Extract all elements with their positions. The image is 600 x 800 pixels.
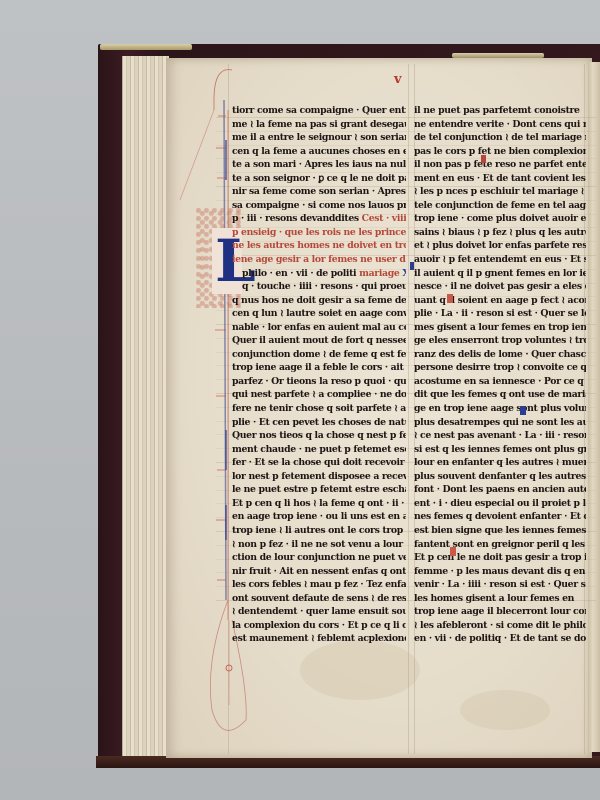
- text-line: est bien signe que les iennes femes q en: [414, 524, 586, 538]
- text-line: trop iene · come plus doivet auoir enfas: [414, 212, 586, 226]
- text-line: plie · Et cen pevet les choses de nature: [232, 416, 406, 430]
- text-line: plie · La · ii · reson si est · Quer se …: [414, 307, 586, 321]
- text-line: ≀ les p nces p eschiuir tel mariage ≀: [414, 185, 586, 199]
- text-line: plus desatrempes qui ne sont les autr: [414, 416, 586, 430]
- text-line: ont souvent defaute de sens ≀ de reson: [232, 592, 406, 606]
- text-line: la complexion du cors · Et p ce q li cor…: [232, 619, 406, 633]
- rubric-line: p ensieig · que les rois ne les princes: [232, 226, 406, 240]
- text-line: venir · La · iiii · reson si est · Quer …: [414, 578, 586, 592]
- text-line: sains ≀ biaus ≀ p fez ≀ plus q les autre…: [414, 226, 586, 240]
- text-line: ≀ les afebleront · si come dit le philo: [414, 619, 586, 633]
- text-line: est maunement ≀ feblemt acplexione ·: [232, 632, 406, 646]
- text-line: les homes gisent a lour femes en: [414, 592, 586, 606]
- text-line: te a son mari · Apres les iaus na nul eg…: [232, 158, 406, 172]
- text-line: fantent sont en greignor peril q les aut…: [414, 538, 586, 552]
- text-line: il ne puet pas parfetemt conoistre: [414, 104, 586, 118]
- text-line: ment en eus · Et de tant covient les roi…: [414, 172, 586, 186]
- text-line: parfez · Or tieons la reso p quoi · quer…: [232, 375, 406, 389]
- text-line: nesce · il ne doivet pas gesir a eles de: [414, 280, 586, 294]
- text-line: trop iene ≀ li autres ont le cors trop f…: [232, 524, 406, 538]
- text-line: femme · p les maus devant dis q en p eut…: [414, 565, 586, 579]
- text-line: en · vii · de politiq · Et de tant se do…: [414, 632, 586, 646]
- text-line: tiorr come sa compaigne · Quer entre lo: [232, 104, 406, 118]
- text-line-with-rubric: p · iii · resons devanddites Cest · viii…: [232, 212, 406, 226]
- text-line: de tel conjunction ≀ de tel mariage non: [414, 131, 586, 145]
- text-line: qui nest parfete ≀ a compliee · ne doit …: [232, 388, 406, 402]
- text-segment: philo · en · vii · de politi: [242, 268, 356, 279]
- text-line: Et p cen q li hos ≀ la feme q ont · ii ·…: [232, 497, 406, 511]
- text-line: font · Dont les paens en ancien aute: [414, 483, 586, 497]
- text-line: te a son seignor · ꝑ ce q le ne doit pas…: [232, 172, 406, 186]
- paragraph-mark-blue: [410, 262, 414, 270]
- paragraph-mark-red: [481, 155, 486, 163]
- text-line: nable · lor enfas en auient mal au cors …: [232, 321, 406, 335]
- text-line: persone desirre trop ≀ convoite ce q ele…: [414, 361, 586, 375]
- text-line: sa compaigne · si come nos lauos prue: [232, 199, 406, 213]
- text-line: il non pas p fete reso ne parfet entende: [414, 158, 586, 172]
- rubric-heading: Cest · viii · ca: [362, 213, 406, 224]
- text-line: auoir ≀ p fet entendemt en eus · Et se: [414, 253, 586, 267]
- text-line: conjunction dome ≀ de feme q est feteu: [232, 348, 406, 362]
- text-line: ction de lour conjunction ne puet ve: [232, 551, 406, 565]
- rubric-line: ne les autres homes ne doivet en trop: [232, 239, 406, 253]
- text-line: ge eles enserront trop voluntes ≀ trop d…: [414, 334, 586, 348]
- paragraph-mark-red: [450, 547, 456, 556]
- text-line: Et p cen le ne doit pas gesir a trop ien…: [414, 551, 586, 565]
- text-line: ≀ ce nest pas avenant · La · iii · reson: [414, 429, 586, 443]
- text-line: lor nest p fetement disposee a recevoire: [232, 470, 406, 484]
- text-line: Quer nos tieos q la chose q nest p fete: [232, 429, 406, 443]
- text-column-right: il ne puet pas parfetemt conoistre ne en…: [414, 104, 586, 646]
- rubric-line: iene age gesir a lor femes ne user de: [232, 253, 406, 267]
- text-line: ne entendre verite · Dont cens qui nesse: [414, 118, 586, 132]
- text-line: et ≀ plus doivet lor enfas parfete reson: [414, 239, 586, 253]
- text-line: en aage trop iene · ou li uns est en aag…: [232, 510, 406, 524]
- rubric-heading: mariage: [359, 268, 399, 279]
- text-line: ranz des delis de lome · Quer chascune: [414, 348, 586, 362]
- text-line: ge en trop iene aage sont plus voluntes: [414, 402, 586, 416]
- text-line: fer · Et se la chose qui doit recevoir l…: [232, 456, 406, 470]
- text-line: me ≀ la feme na pas si grant desegaute c…: [232, 118, 406, 132]
- text-line: les cors febles ≀ mau p fez · Tez enfans: [232, 578, 406, 592]
- text-line: me il a entre le seignour ≀ son seriant …: [232, 131, 406, 145]
- text-line: uant q il soient en aage p fect ≀ acom: [414, 294, 586, 308]
- text-line: trop iene aage il a feble le cors · ait …: [232, 361, 406, 375]
- text-line: ment chaude · ne puet p fetemet eschau: [232, 443, 406, 457]
- text-line: q · touche · iiii · resons · qui proeue: [232, 280, 406, 294]
- text-line: acostume en sa iennesce · Por ce q le ph…: [414, 375, 586, 389]
- text-line: q nus hos ne doit gesir a sa feme devant: [232, 294, 406, 308]
- text-line: le ne puet estre p fetemt estre eschaufe…: [232, 483, 406, 497]
- text-line: cen q lun ≀ lautre soiet en aage conve: [232, 307, 406, 321]
- chapter-number: XIII: [402, 268, 406, 279]
- text-line: plus souvent denfanter q les autres ne: [414, 470, 586, 484]
- text-column-left: tiorr come sa compaigne · Quer entre lo …: [232, 104, 406, 646]
- text-line: Quer il auient mout de fort q nessee ≀ d…: [232, 334, 406, 348]
- paragraph-mark-blue: [520, 406, 526, 415]
- text-line: si est q les iennes femes ont plus gne d…: [414, 443, 586, 457]
- text-line: fere ne tenir chose q soit parfete ≀ a g: [232, 402, 406, 416]
- text-line: nir fruit · Ait en nessent enfas q ont: [232, 565, 406, 579]
- text-line: ent · i · dieu especial ou il proiet p l…: [414, 497, 586, 511]
- text-line: nes femes q devoient enfanter · Et ce: [414, 510, 586, 524]
- text-line: trop iene aage il blecerront lour cors: [414, 605, 586, 619]
- text-line: il auient q il p gnent femes en lor ien: [414, 267, 586, 281]
- text-line: lour en enfanter q les autres ≀ muert: [414, 456, 586, 470]
- text-line-with-rubric: philo · en · vii · de politi mariage XII…: [232, 267, 406, 281]
- text-line: pas le cors p fet ne bien complexione ne: [414, 145, 586, 159]
- paragraph-mark-red: [447, 294, 453, 303]
- text-line: ≀ dentendemt · quer lame ensuit souvet: [232, 605, 406, 619]
- text-line: dit que les femes q ont use de maria: [414, 388, 586, 402]
- text-line: ≀ non p fez · il ne ne sot venu a lour p…: [232, 538, 406, 552]
- text-line: cen q la feme a aucunes choses en egal: [232, 145, 406, 159]
- text-segment: p · iii · resons devanddites: [232, 213, 359, 224]
- text-line: mes gisent a lour femes en trop ien: [414, 321, 586, 335]
- text-line: tele conjunction de feme en tel aage: [414, 199, 586, 213]
- text-line: nir sa feme come son serian · Apres come: [232, 185, 406, 199]
